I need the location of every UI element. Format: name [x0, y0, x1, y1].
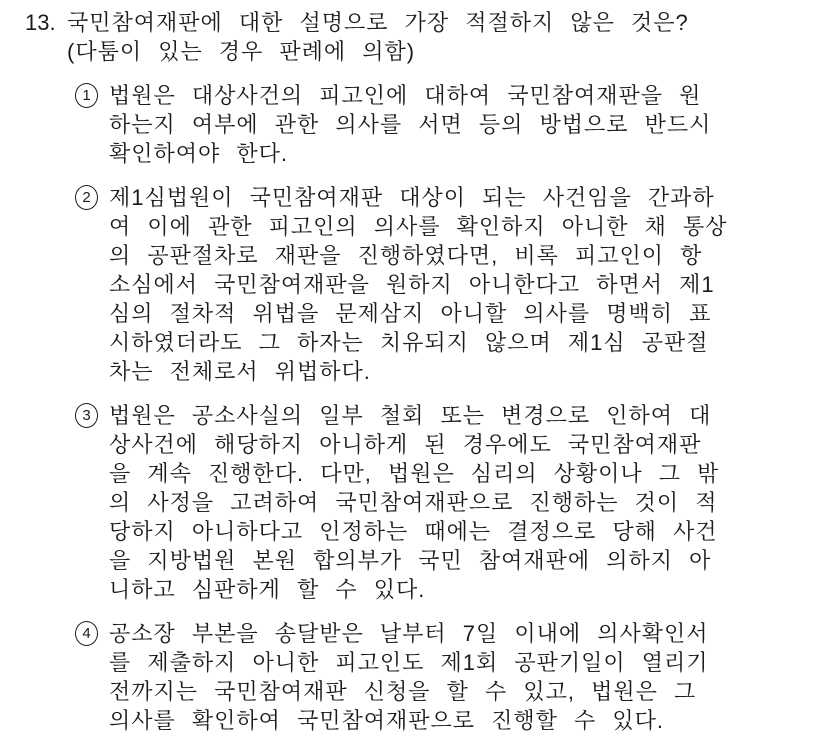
option-2-text: 제1심법원이 국민참여재판 대상이 되는 사건임을 간과하 여 이에 관한 피고…	[109, 183, 806, 386]
option-3-text: 법원은 공소사실의 일부 철회 또는 변경으로 인하여 대 상사건에 해당하지 …	[109, 401, 806, 604]
option-4-circled-number: 4	[75, 621, 98, 646]
option-1-text: 법원은 대상사건의 피고인에 대하여 국민참여재판을 원 하는지 여부에 관한 …	[109, 81, 806, 168]
option-2-circled-number: 2	[75, 185, 98, 210]
option-4-text: 공소장 부본을 송달받은 날부터 7일 이내에 의사확인서 를 제출하지 아니한…	[109, 619, 806, 735]
option-3: 3 법원은 공소사실의 일부 철회 또는 변경으로 인하여 대 상사건에 해당하…	[75, 401, 806, 604]
question-number: 13.	[25, 8, 67, 37]
question-text: 국민참여재판에 대한 설명으로 가장 적절하지 않은 것은? (다툼이 있는 경…	[67, 8, 806, 66]
option-4: 4 공소장 부본을 송달받은 날부터 7일 이내에 의사확인서 를 제출하지 아…	[75, 619, 806, 735]
option-1: 1 법원은 대상사건의 피고인에 대하여 국민참여재판을 원 하는지 여부에 관…	[75, 81, 806, 168]
exam-page: 13. 국민참여재판에 대한 설명으로 가장 적절하지 않은 것은? (다툼이 …	[0, 0, 826, 742]
option-1-circled-number: 1	[75, 83, 98, 108]
option-2: 2 제1심법원이 국민참여재판 대상이 되는 사건임을 간과하 여 이에 관한 …	[75, 183, 806, 386]
option-3-circled-number: 3	[75, 403, 98, 428]
question-header: 13. 국민참여재판에 대한 설명으로 가장 적절하지 않은 것은? (다툼이 …	[25, 8, 806, 66]
